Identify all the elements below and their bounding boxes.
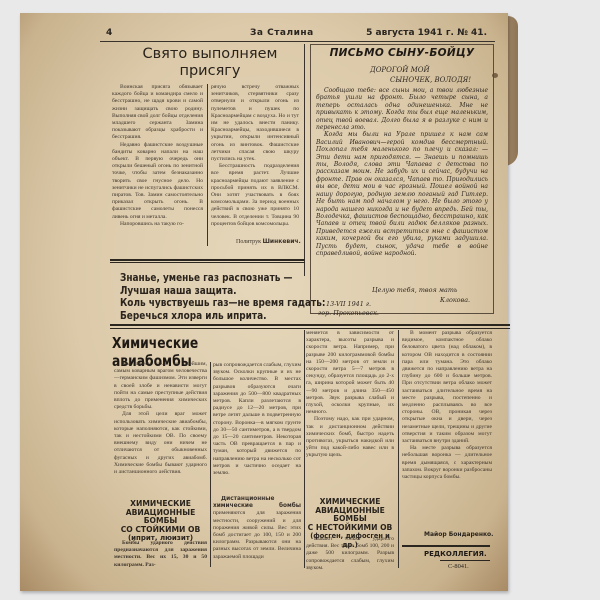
poem-line: Беречься хлора иль иприта.	[120, 310, 325, 323]
section-rule	[110, 324, 510, 326]
paragraph: В момент разрыва образуется видимое, ком…	[402, 330, 492, 445]
paragraph: Когда мы были на Урале пришел к нам сам …	[316, 131, 488, 257]
bombs-column-2: рыв сопровождается слабым, глухим звуком…	[213, 362, 301, 490]
page-number: 4	[106, 28, 112, 38]
bombs-column-3: меняется в зависимости от характера, выс…	[306, 330, 394, 498]
letter-salutation-2: СЫНОЧЕК, ВОЛОДЯ!	[390, 76, 471, 85]
bombs-column-2-b: Дистанционные химические бомбы применяют…	[213, 496, 301, 568]
issue-date: 5 августа 1941 г. № 41.	[366, 28, 487, 38]
oath-headline-line1: Свято выполняем	[120, 46, 300, 63]
oath-column-2: рячую встречу отважных зенитчиков, стерв…	[211, 84, 299, 234]
horizontal-rule	[110, 259, 305, 261]
subhead-line: АВИАЦИОННЫЕ БОМБЫ	[114, 509, 207, 526]
paragraph: Воинская присяга обязывает каждого бойца…	[112, 84, 203, 142]
poem: Знанье, уменье газ распознать — Лучшая н…	[120, 272, 325, 322]
column-divider	[398, 330, 399, 568]
paragraph: На месте разрыва образуется небольшая во…	[402, 445, 492, 481]
column-divider	[304, 44, 305, 276]
subhead-line: С НЕСТОЙКИМИ ОВ	[306, 524, 394, 533]
paragraph-text: применяются для заражения местности, соо…	[213, 510, 301, 559]
subhead-line: АВИАЦИОННЫЕ БОМБЫ	[306, 507, 394, 524]
column-divider	[207, 84, 208, 246]
paragraph: рыв сопровождается слабым, глухим звуком…	[213, 362, 301, 477]
column-divider	[304, 330, 305, 568]
paragraph: Дистанционные химические бомбы применяют…	[213, 496, 301, 561]
subhead-line: СО СТОЙКИМИ ОВ	[114, 526, 207, 535]
footer-rule	[402, 545, 490, 547]
signature-name: Шинкевич.	[263, 238, 301, 245]
newspaper-title: За Сталина	[250, 28, 314, 38]
letter-salutation-1: ДОРОГОЙ МОЙ	[370, 66, 430, 75]
section-rule	[110, 328, 510, 329]
poem-line: Знанье, уменье газ распознать —	[120, 272, 325, 285]
signature-label: Политрук	[236, 239, 261, 245]
bombs-column-1: Мы имеем дело со злейшим, самым коварным…	[114, 361, 207, 473]
oath-column-1: Воинская присяга обязывает каждого бойца…	[112, 84, 203, 246]
paragraph: Мы имеем дело со злейшим, самым коварным…	[114, 361, 207, 411]
paragraph: рячую встречу отважных зенитчиков, стерв…	[211, 84, 299, 163]
paragraph: Бесстрашность подразделения все время ра…	[211, 163, 299, 228]
letter-closing: Целую тебя, твоя мать	[372, 287, 457, 294]
column-divider	[210, 362, 211, 567]
masthead: 4 За Сталина 5 августа 1941 г. № 41.	[100, 27, 495, 42]
paragraph: Бомбы ударного действия предназначаются …	[114, 540, 207, 569]
subhead-persistent-agents: ХИМИЧЕСКИЕ АВИАЦИОННЫЕ БОМБЫ СО СТОЙКИМИ…	[114, 500, 207, 543]
bombs-column-4: В момент разрыва образуется видимое, ком…	[402, 330, 492, 520]
oath-signature: Политрук Шинкевич.	[236, 238, 301, 245]
poem-line: Коль чувствуешь газ—не время гадать:	[120, 297, 325, 310]
letter-body: Сообщаю тебе: все сыны мои, а твои любез…	[316, 87, 488, 274]
letter-date: 13-VII 1941 г.	[326, 301, 371, 308]
bombs-signature: Майор Бондаренко.	[424, 531, 493, 538]
editorial-board: РЕДКОЛЛЕГИЯ.	[424, 550, 487, 558]
footer-rule	[440, 560, 490, 561]
paragraph: меняется в зависимости от характера, выс…	[306, 330, 394, 416]
oath-headline: Свято выполняем присягу	[120, 46, 300, 80]
bombs-column-3-bottom: Бывают только ударного действия. Вес так…	[306, 536, 394, 570]
paragraph: Бывают только ударного действия. Вес так…	[306, 536, 394, 570]
oath-headline-line2: присягу	[120, 63, 300, 80]
horizontal-rule	[110, 262, 305, 263]
paragraph: Сообщаю тебе: все сыны мои, а твои любез…	[316, 87, 488, 131]
letter-author: Клокова.	[440, 297, 470, 304]
censor-code: С-8041.	[448, 563, 469, 570]
paragraph: Недавно фашистские воздушные бандиты ков…	[112, 142, 203, 221]
bombs-column-1-bottom: Бомбы ударного действия предназначаются …	[114, 540, 207, 570]
paragraph-lead: Дистанционные химические бомбы	[213, 496, 301, 509]
paragraph: Для этой цели враг может использовать хи…	[114, 411, 207, 473]
paragraph: Напоровшись на такую го-	[112, 221, 203, 228]
paragraph: Поэтому надо, как при ударном, так и дис…	[306, 416, 394, 459]
letter-place: гор. Прокопьевск.	[318, 310, 379, 317]
poem-line: Лучшая наша защита.	[120, 285, 325, 298]
letter-headline: ПИСЬМО СЫНУ-БОЙЦУ	[312, 47, 492, 59]
